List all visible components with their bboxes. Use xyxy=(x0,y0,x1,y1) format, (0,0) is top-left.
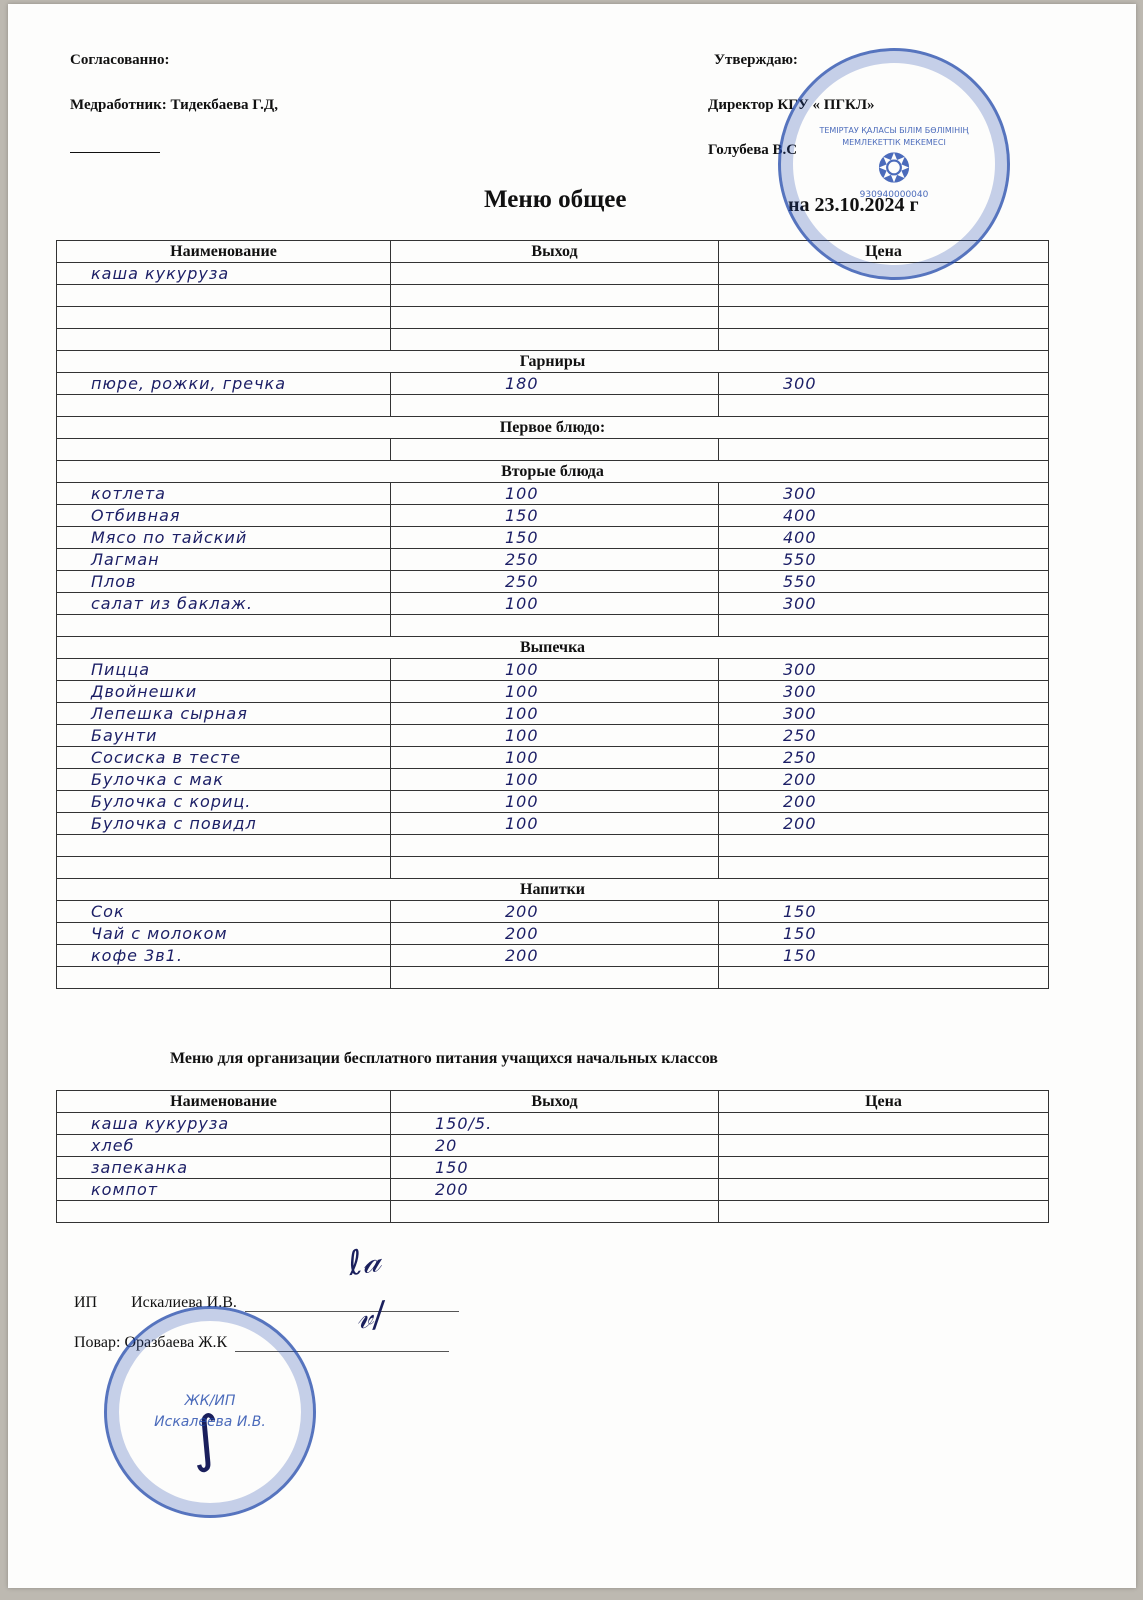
yield-cell-value: 100 xyxy=(395,814,539,833)
dish-name-cell xyxy=(57,1201,391,1223)
dish-name-cell-value: каша кукуруза xyxy=(61,1114,229,1133)
dish-name-cell-value xyxy=(61,396,91,415)
yield-cell xyxy=(391,285,719,307)
price-cell xyxy=(719,329,1049,351)
yield-cell-value: 100 xyxy=(395,660,539,679)
table-row: котлета100300 xyxy=(57,483,1049,505)
yield-cell: 200 xyxy=(391,1179,719,1201)
table-row xyxy=(57,329,1049,351)
dish-name-cell-value xyxy=(61,616,91,635)
cook-handwritten-signature: 𝓋/ xyxy=(353,1294,387,1338)
free-menu-table: Наименование Выход Цена каша кукуруза150… xyxy=(56,1090,1049,1223)
dish-name-cell: Булочка с кориц. xyxy=(57,791,391,813)
yield-cell-value xyxy=(395,968,505,987)
section-title: Напитки xyxy=(57,879,1049,901)
dish-name-cell: компот xyxy=(57,1179,391,1201)
table-row xyxy=(57,307,1049,329)
table-row xyxy=(57,285,1049,307)
dish-name-cell-value: Пицца xyxy=(61,660,150,679)
section-header-row: Первое блюдо: xyxy=(57,417,1049,439)
price-cell-value: 150 xyxy=(723,902,817,921)
price-cell: 550 xyxy=(719,549,1049,571)
dish-name-cell-value: Булочка с кориц. xyxy=(61,792,251,811)
dish-name-cell-value: пюре, рожки, гречка xyxy=(61,374,286,393)
table-row: Чай с молоком200150 xyxy=(57,923,1049,945)
dish-name-cell xyxy=(57,395,391,417)
column-header-yield: Выход xyxy=(391,241,719,263)
yield-cell: 100 xyxy=(391,593,719,615)
cook-label: Повар: xyxy=(74,1334,120,1351)
price-cell-value: 550 xyxy=(723,572,817,591)
price-cell xyxy=(719,439,1049,461)
dish-name-cell: Отбивная xyxy=(57,505,391,527)
yield-cell xyxy=(391,615,719,637)
table-row: Баунти100250 xyxy=(57,725,1049,747)
table-row xyxy=(57,439,1049,461)
dish-name-cell-value: Баунти xyxy=(61,726,157,745)
table-row: каша кукуруза150/5. xyxy=(57,1113,1049,1135)
price-cell: 200 xyxy=(719,769,1049,791)
price-cell xyxy=(719,1157,1049,1179)
yield-cell-value: 100 xyxy=(395,484,539,503)
table-row: салат из баклаж.100300 xyxy=(57,593,1049,615)
dish-name-cell-value xyxy=(61,330,91,349)
yield-cell-value xyxy=(395,396,505,415)
dish-name-cell-value: Булочка с мак xyxy=(61,770,224,789)
stamp-line-1: ЖК/ИП xyxy=(154,1391,266,1412)
ip-signature-line xyxy=(245,1295,459,1312)
section-header-row: Гарниры xyxy=(57,351,1049,373)
price-cell-value: 300 xyxy=(723,682,817,701)
yield-cell xyxy=(391,439,719,461)
general-menu-table: Наименование Выход Цена каша кукурузаГар… xyxy=(56,240,1049,989)
dish-name-cell-value xyxy=(61,286,91,305)
dish-name-cell: Булочка с повидл xyxy=(57,813,391,835)
price-cell: 300 xyxy=(719,703,1049,725)
yield-cell-value: 200 xyxy=(395,946,539,965)
table-row: Отбивная150400 xyxy=(57,505,1049,527)
dish-name-cell: Плов xyxy=(57,571,391,593)
yield-cell-value xyxy=(395,440,505,459)
table-row: Булочка с кориц.100200 xyxy=(57,791,1049,813)
yield-cell: 20 xyxy=(391,1135,719,1157)
price-cell-value: 150 xyxy=(723,924,817,943)
yield-cell-value xyxy=(395,286,505,305)
price-cell: 200 xyxy=(719,791,1049,813)
medic-signature-line xyxy=(70,142,160,153)
dish-name-cell-value xyxy=(61,1202,91,1221)
yield-cell-value: 100 xyxy=(395,748,539,767)
medic-name: Медработник: Тидекбаева Г.Д, xyxy=(70,97,278,114)
yield-cell-value: 150 xyxy=(395,1158,469,1177)
agreement-block: Согласованно: Медработник: Тидекбаева Г.… xyxy=(70,52,278,153)
section-header-row: Вторые блюда xyxy=(57,461,1049,483)
price-cell-value xyxy=(723,1114,783,1133)
table-row: Булочка с мак100200 xyxy=(57,769,1049,791)
price-cell xyxy=(719,835,1049,857)
price-cell-value xyxy=(723,330,783,349)
table-header-row: Наименование Выход Цена xyxy=(57,1091,1049,1113)
dish-name-cell-value: Булочка с повидл xyxy=(61,814,257,833)
yield-cell-value: 150 xyxy=(395,506,539,525)
dish-name-cell: Двойнешки xyxy=(57,681,391,703)
price-cell xyxy=(719,307,1049,329)
column-header-name: Наименование xyxy=(57,241,391,263)
column-header-name: Наименование xyxy=(57,1091,391,1113)
column-header-price: Цена xyxy=(719,1091,1049,1113)
dish-name-cell-value: кофе 3в1. xyxy=(61,946,183,965)
yield-cell: 100 xyxy=(391,813,719,835)
price-cell-value: 400 xyxy=(723,528,817,547)
agreed-label: Согласованно: xyxy=(70,52,278,69)
yield-cell: 100 xyxy=(391,791,719,813)
yield-cell: 150/5. xyxy=(391,1113,719,1135)
yield-cell: 100 xyxy=(391,703,719,725)
price-cell-value xyxy=(723,308,783,327)
yield-cell-value: 100 xyxy=(395,704,539,723)
dish-name-cell xyxy=(57,857,391,879)
price-cell: 150 xyxy=(719,901,1049,923)
yield-cell-value: 100 xyxy=(395,682,539,701)
yield-cell-value: 100 xyxy=(395,726,539,745)
dish-name-cell xyxy=(57,439,391,461)
official-stamp-bottom: ЖК/ИП Искалеева И.В. xyxy=(104,1306,316,1518)
dish-name-cell-value xyxy=(61,858,91,877)
price-cell-value: 550 xyxy=(723,550,817,569)
price-cell: 550 xyxy=(719,571,1049,593)
price-cell-value xyxy=(723,858,783,877)
price-cell xyxy=(719,967,1049,989)
dish-name-cell: котлета xyxy=(57,483,391,505)
dish-name-cell-value: каша кукуруза xyxy=(61,264,229,283)
table-row xyxy=(57,395,1049,417)
dish-name-cell: каша кукуруза xyxy=(57,263,391,285)
price-cell-value xyxy=(723,264,783,283)
yield-cell-value: 200 xyxy=(395,1180,469,1199)
table-row xyxy=(57,857,1049,879)
table-row: хлеб20 xyxy=(57,1135,1049,1157)
ip-handwritten-signature: ℓ𝒶 xyxy=(345,1240,383,1284)
price-cell-value: 200 xyxy=(723,814,817,833)
price-cell-value xyxy=(723,440,783,459)
dish-name-cell: Сосиска в тесте xyxy=(57,747,391,769)
section-header-row: Напитки xyxy=(57,879,1049,901)
yield-cell: 200 xyxy=(391,945,719,967)
dish-name-cell: каша кукуруза xyxy=(57,1113,391,1135)
price-cell: 400 xyxy=(719,505,1049,527)
price-cell-value: 250 xyxy=(723,726,817,745)
price-cell-value: 300 xyxy=(723,594,817,613)
yield-cell-value xyxy=(395,1202,435,1221)
ip-label: ИП xyxy=(74,1294,97,1311)
price-cell: 300 xyxy=(719,373,1049,395)
section-title: Гарниры xyxy=(57,351,1049,373)
price-cell-value xyxy=(723,1180,783,1199)
table-row: Сок200150 xyxy=(57,901,1049,923)
official-stamp-top: ТЕМІРТАУ ҚАЛАСЫ БІЛІМ БӨЛІМІНІҢ МЕМЛЕКЕТ… xyxy=(778,48,1010,280)
table-row: Мясо по тайский150400 xyxy=(57,527,1049,549)
yield-cell xyxy=(391,967,719,989)
yield-cell xyxy=(391,857,719,879)
dish-name-cell: пюре, рожки, гречка xyxy=(57,373,391,395)
table-row xyxy=(57,615,1049,637)
dish-name-cell xyxy=(57,307,391,329)
price-cell-value xyxy=(723,968,783,987)
dish-name-cell-value: Лагман xyxy=(61,550,160,569)
price-cell-value: 300 xyxy=(723,660,817,679)
price-cell: 300 xyxy=(719,483,1049,505)
yield-cell xyxy=(391,395,719,417)
yield-cell: 150 xyxy=(391,527,719,549)
yield-cell-value: 250 xyxy=(395,572,539,591)
price-cell-value xyxy=(723,1158,783,1177)
dish-name-cell-value xyxy=(61,836,91,855)
yield-cell: 100 xyxy=(391,659,719,681)
price-cell-value: 300 xyxy=(723,374,817,393)
table-row: Булочка с повидл100200 xyxy=(57,813,1049,835)
dish-name-cell-value xyxy=(61,968,91,987)
price-cell xyxy=(719,857,1049,879)
dish-name-cell: Лагман xyxy=(57,549,391,571)
price-cell-value xyxy=(723,1202,783,1221)
price-cell-value: 200 xyxy=(723,770,817,789)
price-cell xyxy=(719,1179,1049,1201)
price-cell: 200 xyxy=(719,813,1049,835)
price-cell: 300 xyxy=(719,593,1049,615)
price-cell-value xyxy=(723,836,783,855)
price-cell xyxy=(719,615,1049,637)
yield-cell-value: 250 xyxy=(395,550,539,569)
table-row xyxy=(57,1201,1049,1223)
yield-cell-value xyxy=(395,858,505,877)
price-cell-value xyxy=(723,396,783,415)
table-row: компот200 xyxy=(57,1179,1049,1201)
table-row: Плов250550 xyxy=(57,571,1049,593)
section-title: Выпечка xyxy=(57,637,1049,659)
price-cell: 300 xyxy=(719,681,1049,703)
dish-name-cell-value: Сосиска в тесте xyxy=(61,748,241,767)
yield-cell xyxy=(391,307,719,329)
dish-name-cell: кофе 3в1. xyxy=(57,945,391,967)
yield-cell: 150 xyxy=(391,505,719,527)
dish-name-cell-value: Отбивная xyxy=(61,506,181,525)
dish-name-cell-value: Мясо по тайский xyxy=(61,528,247,547)
price-cell-value: 200 xyxy=(723,792,817,811)
dish-name-cell xyxy=(57,329,391,351)
table-row: Лагман250550 xyxy=(57,549,1049,571)
dish-name-cell-value: хлеб xyxy=(61,1136,134,1155)
price-cell-value: 300 xyxy=(723,484,817,503)
dish-name-cell xyxy=(57,285,391,307)
dish-name-cell: хлеб xyxy=(57,1135,391,1157)
price-cell xyxy=(719,285,1049,307)
price-cell-value xyxy=(723,1136,783,1155)
dish-name-cell-value: Лепешка сырная xyxy=(61,704,248,723)
dish-name-cell-value xyxy=(61,308,91,327)
dish-name-cell-value: Двойнешки xyxy=(61,682,197,701)
price-cell: 150 xyxy=(719,945,1049,967)
dish-name-cell-value: запеканка xyxy=(61,1158,188,1177)
free-menu-title: Меню для организации бесплатного питания… xyxy=(170,1050,718,1068)
dish-name-cell: Мясо по тайский xyxy=(57,527,391,549)
table-row: пюре, рожки, гречка180300 xyxy=(57,373,1049,395)
yield-cell: 100 xyxy=(391,725,719,747)
dish-name-cell xyxy=(57,835,391,857)
price-cell: 250 xyxy=(719,747,1049,769)
yield-cell: 200 xyxy=(391,923,719,945)
table-row: Сосиска в тесте100250 xyxy=(57,747,1049,769)
price-cell-value: 400 xyxy=(723,506,817,525)
yield-cell-value xyxy=(395,264,505,283)
dish-name-cell: Чай с молоком xyxy=(57,923,391,945)
dish-name-cell xyxy=(57,615,391,637)
dish-name-cell: Лепешка сырная xyxy=(57,703,391,725)
page-title: Меню общее xyxy=(484,186,626,214)
table-row: кофе 3в1.200150 xyxy=(57,945,1049,967)
price-cell xyxy=(719,1135,1049,1157)
yield-cell-value: 100 xyxy=(395,770,539,789)
dish-name-cell-value: Чай с молоком xyxy=(61,924,228,943)
price-cell xyxy=(719,395,1049,417)
dish-name-cell-value: Плов xyxy=(61,572,136,591)
table-row: запеканка150 xyxy=(57,1157,1049,1179)
yield-cell: 100 xyxy=(391,483,719,505)
yield-cell xyxy=(391,263,719,285)
dish-name-cell: Баунти xyxy=(57,725,391,747)
yield-cell: 250 xyxy=(391,571,719,593)
dish-name-cell: Сок xyxy=(57,901,391,923)
table-row: Лепешка сырная100300 xyxy=(57,703,1049,725)
yield-cell-value: 200 xyxy=(395,924,539,943)
yield-cell: 100 xyxy=(391,681,719,703)
dish-name-cell-value: Сок xyxy=(61,902,125,921)
yield-cell-value: 150/5. xyxy=(395,1114,492,1133)
yield-cell: 200 xyxy=(391,901,719,923)
yield-cell: 180 xyxy=(391,373,719,395)
price-cell-value xyxy=(723,286,783,305)
yield-cell-value: 100 xyxy=(395,792,539,811)
yield-cell: 250 xyxy=(391,549,719,571)
yield-cell xyxy=(391,835,719,857)
table-row: Пицца100300 xyxy=(57,659,1049,681)
document-sheet: Согласованно: Медработник: Тидекбаева Г.… xyxy=(8,4,1136,1588)
price-cell: 300 xyxy=(719,659,1049,681)
yield-cell-value xyxy=(395,836,505,855)
yield-cell-value: 100 xyxy=(395,594,539,613)
yield-cell xyxy=(391,1201,719,1223)
price-cell xyxy=(719,1113,1049,1135)
dish-name-cell: салат из баклаж. xyxy=(57,593,391,615)
dish-name-cell: Булочка с мак xyxy=(57,769,391,791)
price-cell-value: 300 xyxy=(723,704,817,723)
stamp-line-2: Искалеева И.В. xyxy=(154,1412,266,1433)
yield-cell: 100 xyxy=(391,747,719,769)
section-header-row: Выпечка xyxy=(57,637,1049,659)
price-cell-value xyxy=(723,616,783,635)
column-header-yield: Выход xyxy=(391,1091,719,1113)
emblem-icon: ❂ xyxy=(804,149,984,189)
yield-cell: 150 xyxy=(391,1157,719,1179)
dish-name-cell-value: салат из баклаж. xyxy=(61,594,253,613)
section-title: Первое блюдо: xyxy=(57,417,1049,439)
yield-cell-value: 180 xyxy=(395,374,539,393)
yield-cell: 100 xyxy=(391,769,719,791)
price-cell xyxy=(719,1201,1049,1223)
table-row xyxy=(57,967,1049,989)
yield-cell-value: 200 xyxy=(395,902,539,921)
price-cell-value: 150 xyxy=(723,946,817,965)
section-title: Вторые блюда xyxy=(57,461,1049,483)
dish-name-cell: запеканка xyxy=(57,1157,391,1179)
dish-name-cell-value xyxy=(61,440,91,459)
yield-cell-value xyxy=(395,616,505,635)
dish-name-cell: Пицца xyxy=(57,659,391,681)
dish-name-cell xyxy=(57,967,391,989)
yield-cell-value: 20 xyxy=(395,1136,457,1155)
stamp-bin: 930940000040 xyxy=(804,189,984,203)
yield-cell xyxy=(391,329,719,351)
table-row: Двойнешки100300 xyxy=(57,681,1049,703)
yield-cell-value xyxy=(395,308,505,327)
ip-signature-row: ИП Искалиева И.В. xyxy=(74,1294,459,1312)
price-cell-value: 250 xyxy=(723,748,817,767)
yield-cell-value: 150 xyxy=(395,528,539,547)
table-row xyxy=(57,835,1049,857)
yield-cell-value xyxy=(395,330,505,349)
dish-name-cell-value: котлета xyxy=(61,484,166,503)
dish-name-cell-value: компот xyxy=(61,1180,158,1199)
price-cell: 150 xyxy=(719,923,1049,945)
price-cell: 250 xyxy=(719,725,1049,747)
price-cell: 400 xyxy=(719,527,1049,549)
